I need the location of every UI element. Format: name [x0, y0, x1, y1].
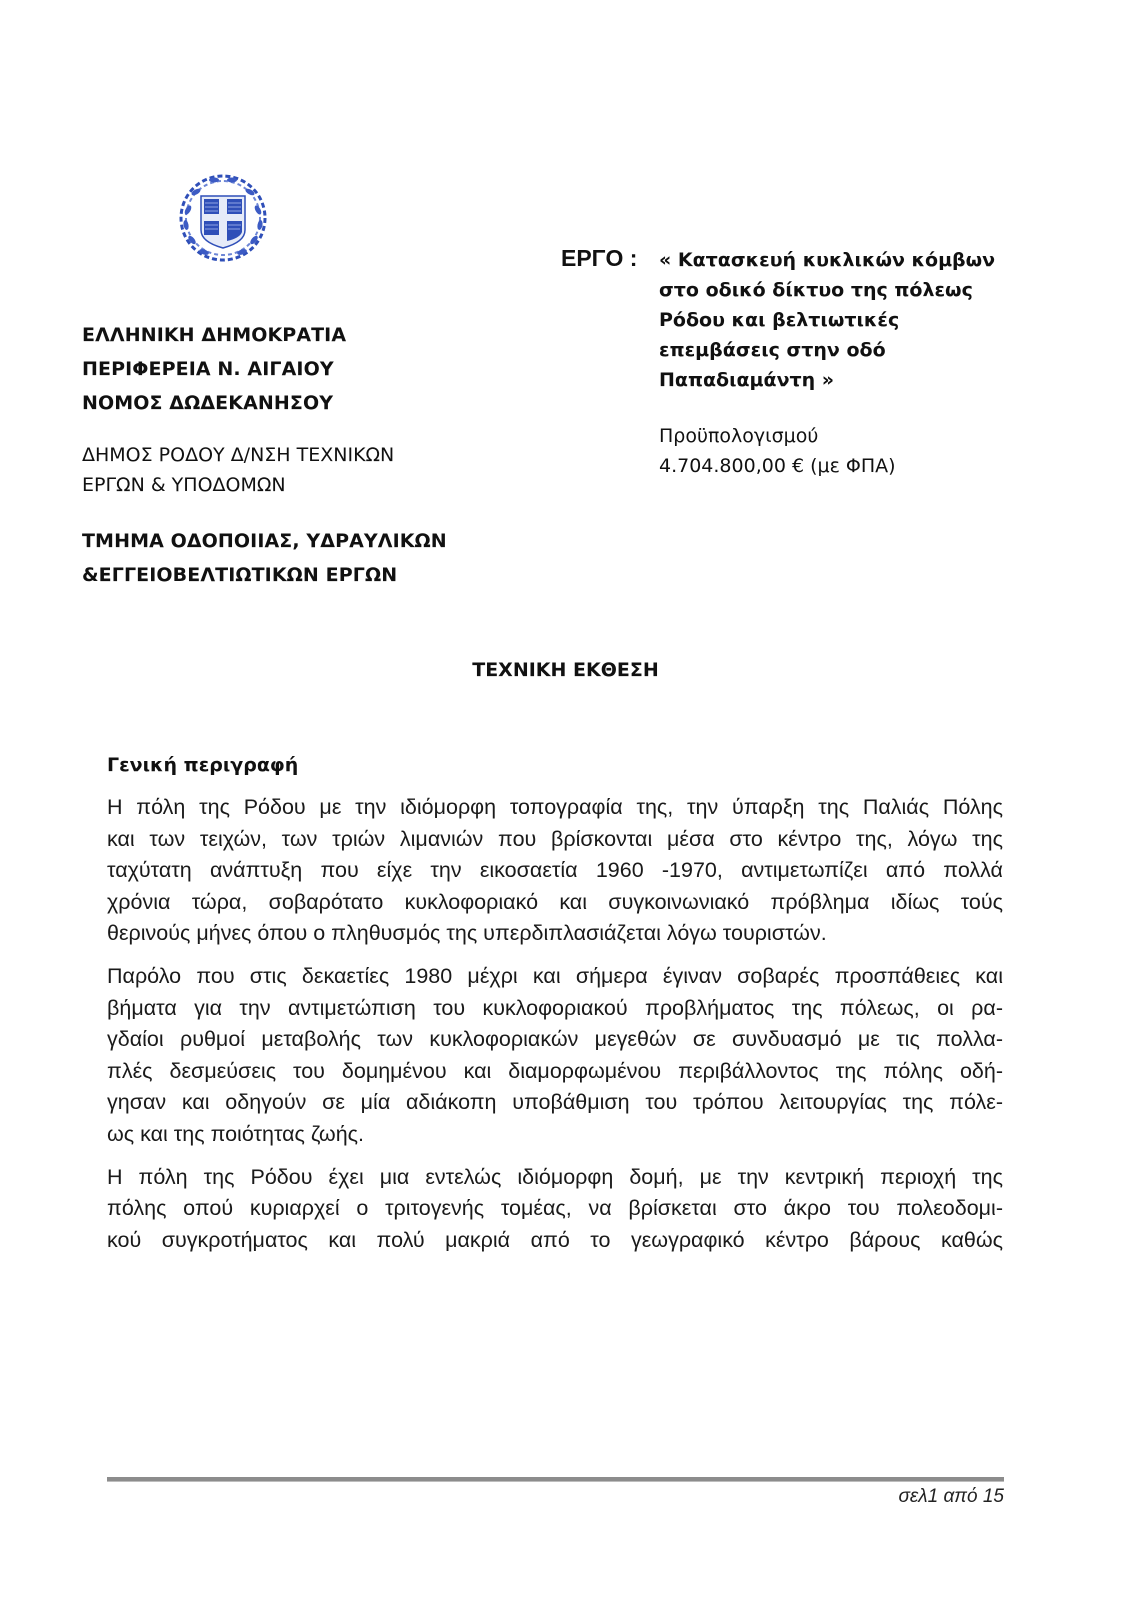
directorate-line: ΕΡΓΩΝ & ΥΠΟΔΟΜΩΝ — [82, 470, 502, 500]
paragraph: Η πόλη της Ρόδου έχει μια εντελώς ιδιόμο… — [107, 1162, 1003, 1257]
text-line: βήματα για την αντιμετώπιση του κυκλοφορ… — [107, 993, 1003, 1025]
body-text: Η πόλη της Ρόδου με την ιδιόμορφη τοπογρ… — [107, 792, 1003, 1267]
text-line: γησαν και οδηγούν σε μία αδιάκοπη υποβάθ… — [107, 1087, 1003, 1119]
authority-line: ΠΕΡΙΦΕΡΕΙΑ Ν. ΑΙΓΑΙΟΥ — [82, 352, 502, 386]
text-line: χρόνια τώρα, σοβαρότατο κυκλοφοριακό και… — [107, 887, 1003, 919]
budget-block: Προϋπολογισμού 4.704.800,00 € (με ΦΠΑ) — [659, 421, 1009, 481]
budget-label: Προϋπολογισμού — [659, 421, 1009, 451]
authority-line: ΝΟΜΟΣ ΔΩΔΕΚΑΝΗΣΟΥ — [82, 386, 502, 420]
text-line: ως και της ποιότητας ζωής. — [107, 1119, 1003, 1151]
project-title: « Κατασκευή κυκλικών κόμβων στο οδικό δί… — [659, 245, 1009, 395]
text-line: πλές δεσμεύσεις του δομημένου και διαμορ… — [107, 1056, 1003, 1088]
text-line: θερινούς μήνες όπου ο πληθυσμός της υπερ… — [107, 918, 1003, 950]
text-line: Η πόλη της Ρόδου έχει μια εντελώς ιδιόμο… — [107, 1162, 1003, 1194]
department-line: ΤΜΗΜΑ ΟΔΟΠΟΙΙΑΣ, ΥΔΡΑΥΛΙΚΩΝ — [82, 524, 502, 558]
paragraph: Παρόλο που στις δεκαετίες 1980 μέχρι και… — [107, 961, 1003, 1151]
text-line: γδαίοι ρυθμοί μεταβολής των κυκλοφοριακώ… — [107, 1024, 1003, 1056]
footer-divider — [107, 1477, 1004, 1482]
project-title-line: Παπαδιαμάντη » — [659, 365, 1009, 395]
text-line: Παρόλο που στις δεκαετίες 1980 μέχρι και… — [107, 961, 1003, 993]
paragraph: Η πόλη της Ρόδου με την ιδιόμορφη τοπογρ… — [107, 792, 1003, 950]
directorate-line: ΔΗΜΟΣ ΡΟΔΟΥ Δ/ΝΣΗ ΤΕΧΝΙΚΩΝ — [82, 440, 502, 470]
project-title-line: Ρόδου και βελτιωτικές — [659, 305, 1009, 335]
project-title-line: « Κατασκευή κυκλικών κόμβων — [659, 245, 1009, 275]
project-title-line: στο οδικό δίκτυο της πόλεως — [659, 275, 1009, 305]
budget-value: 4.704.800,00 € (με ΦΠΑ) — [659, 451, 1009, 481]
issuing-authority-block: ΕΛΛΗΝΙΚΗ ΔΗΜΟΚΡΑΤΙΑ ΠΕΡΙΦΕΡΕΙΑ Ν. ΑΙΓΑΙΟ… — [82, 318, 502, 592]
section-heading: Γενική περιγραφή — [107, 751, 298, 779]
text-line: κού συγκροτήματος και πολύ μακριά από το… — [107, 1225, 1003, 1257]
project-title-line: επεμβάσεις στην οδό — [659, 335, 1009, 365]
text-line: Η πόλη της Ρόδου με την ιδιόμορφη τοπογρ… — [107, 792, 1003, 824]
text-line: ταχύτατη ανάπτυξη που είχε την εικοσαετί… — [107, 855, 1003, 887]
project-label: ΕΡΓΟ : — [561, 243, 637, 273]
text-line: και των τειχών, των τριών λιμανιών που β… — [107, 824, 1003, 856]
report-title: ΤΕΧΝΙΚΗ ΕΚΘΕΣΗ — [0, 656, 1131, 684]
authority-line: ΕΛΛΗΝΙΚΗ ΔΗΜΟΚΡΑΤΙΑ — [82, 318, 502, 352]
page-number: σελ1 από 15 — [898, 1485, 1004, 1509]
text-line: πόλης οπού κυριαρχεί ο τριτογενής τομέας… — [107, 1193, 1003, 1225]
department-line: &ΕΓΓΕΙΟΒΕΛΤΙΩΤΙΚΩΝ ΕΡΓΩΝ — [82, 558, 502, 592]
greek-coat-of-arms-icon — [174, 170, 272, 266]
